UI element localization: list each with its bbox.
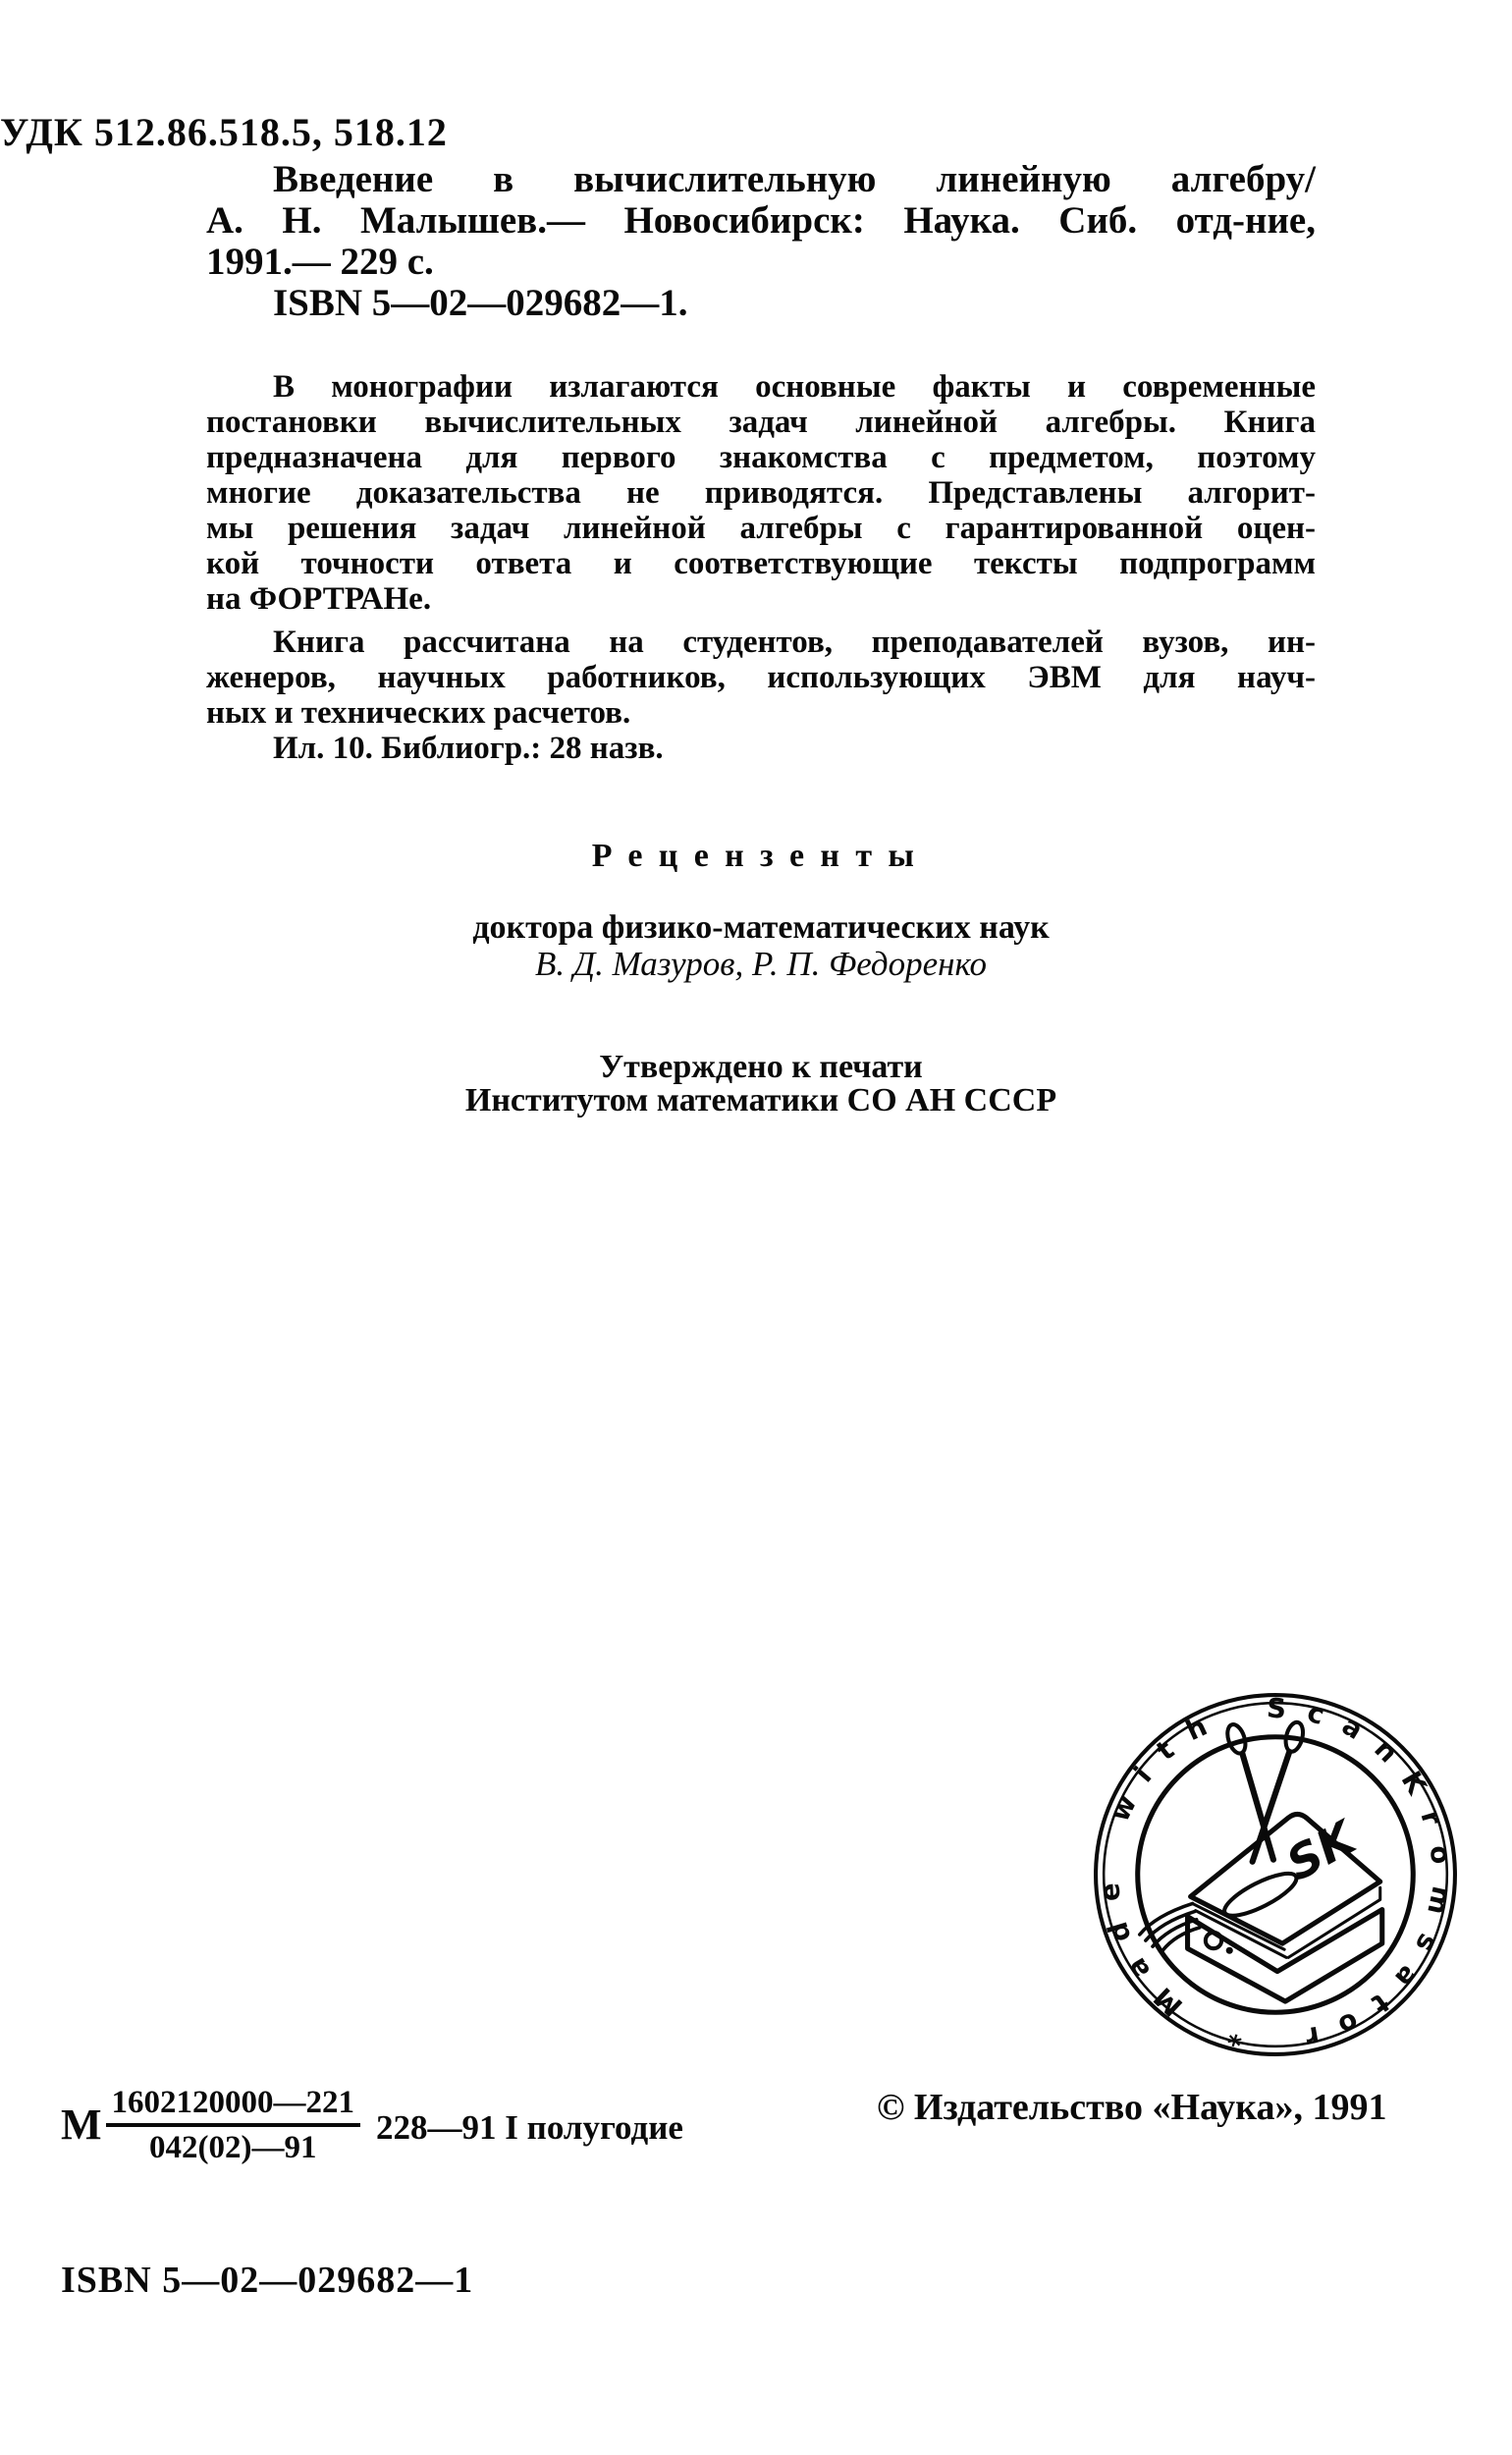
- copyright-line: © Издательство «Наука», 1991: [877, 2086, 1386, 2129]
- approval-line-2: Институтом математики СО АН СССР: [206, 1082, 1316, 1119]
- reviewers-heading: Рецензенты: [206, 838, 1316, 875]
- annotation-line: В монографии излагаются основные факты и…: [206, 369, 1316, 405]
- annotation-line: многие доказательства не приводятся. Пре…: [206, 475, 1316, 511]
- book-illustration: SK: [1140, 1720, 1382, 2001]
- udk-line: УДК 512.86.518.5, 518.12: [0, 110, 448, 155]
- bibliographic-entry: Введение в вычислительную линейную алгеб…: [206, 159, 1316, 324]
- reviewers-degree-line: доктора физико-математических наук: [206, 909, 1316, 947]
- annotation-line: ных и технических расчетов.: [206, 695, 1316, 731]
- scankromsator-stamp: Made with ScanKromsator * SK: [1093, 1692, 1458, 2057]
- annotation-line: кой точности ответа и соответствующие те…: [206, 546, 1316, 581]
- imprint-series-letter: М: [61, 2103, 102, 2147]
- bib-author-line: А. Н. Малышев.— Новосибирск: Наука. Сиб.…: [206, 200, 1316, 242]
- imprint-index: М 1602120000—221 042(02)—91 228—91 I пол…: [61, 2084, 683, 2166]
- reviewers-names: В. Д. Мазуров, Р. П. Федоренко: [206, 945, 1316, 984]
- bib-isbn-line: ISBN 5—02—029682—1.: [206, 283, 1316, 324]
- annotation-line: предназначена для первого знакомства с п…: [206, 440, 1316, 475]
- annotation-line: Книга рассчитана на студентов, преподава…: [206, 625, 1316, 660]
- imprint-order-info: 228—91 I полугодие: [376, 2102, 683, 2148]
- isbn-bottom-line: ISBN 5—02—029682—1: [61, 2259, 473, 2302]
- annotation-line: мы решения задач линейной алгебры с гара…: [206, 511, 1316, 546]
- imprint-fraction: 1602120000—221 042(02)—91: [106, 2084, 361, 2166]
- illustrations-note: Ил. 10. Библиогр.: 28 назв.: [206, 731, 1316, 766]
- imprint-fraction-numerator: 1602120000—221: [106, 2084, 361, 2127]
- annotation-line: женеров, научных работников, использующи…: [206, 660, 1316, 695]
- annotation: В монографии излагаются основные факты и…: [206, 369, 1316, 766]
- annotation-line: на ФОРТРАНе.: [206, 581, 1316, 617]
- annotation-line: постановки вычислительных задач линейной…: [206, 405, 1316, 440]
- base-dot: [1226, 1947, 1233, 1954]
- scanned-book-imprint-page: УДК 512.86.518.5, 518.12 Введение в вычи…: [0, 0, 1512, 2455]
- approval-line-1: Утверждено к печати: [206, 1049, 1316, 1086]
- bib-year-line: 1991.— 229 с.: [206, 242, 1316, 283]
- annotation-paragraph-1: В монографии излагаются основные факты и…: [206, 369, 1316, 617]
- imprint-fraction-denominator: 042(02)—91: [106, 2127, 361, 2166]
- annotation-paragraph-2: Книга рассчитана на студентов, преподава…: [206, 625, 1316, 766]
- bib-title-line: Введение в вычислительную линейную алгеб…: [206, 159, 1316, 200]
